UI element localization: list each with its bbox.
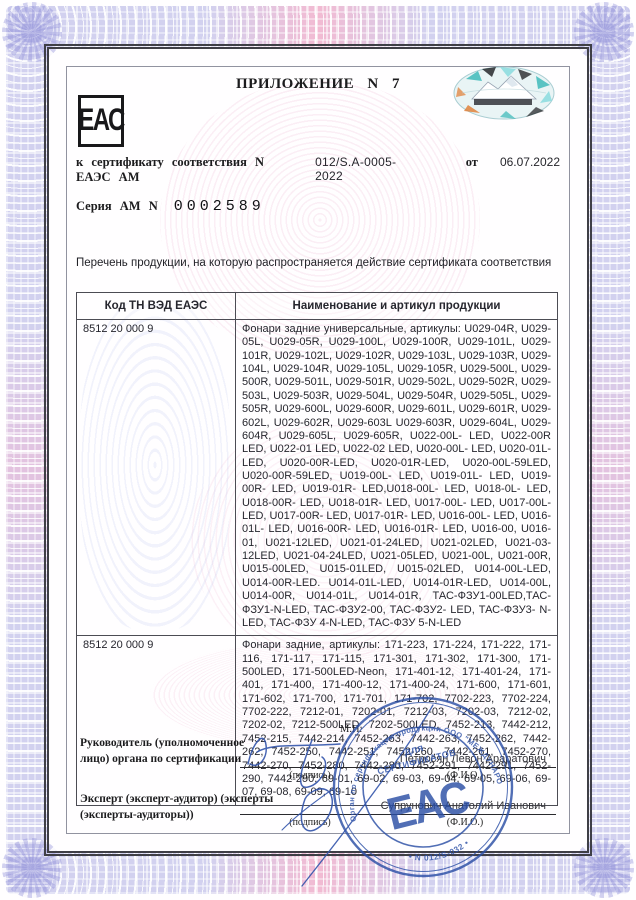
series-number: 0002589: [174, 198, 265, 215]
head-of-body-label: Руководитель (уполномоченное лицо) орган…: [80, 735, 250, 767]
signature-caption: (подпись): [262, 770, 358, 781]
certificate-reference-label: к сертификату соответствия N ЕАЭС АМ: [76, 155, 301, 185]
column-header-product: Наименование и артикул продукции: [236, 293, 558, 320]
products-table: Код ТН ВЭД ЕАЭС Наименование и артикул п…: [76, 292, 558, 806]
hologram-emblem-ararat: [452, 65, 556, 121]
guilloche-border-left: [6, 6, 48, 894]
guilloche-border-bottom: [6, 852, 630, 894]
head-signature-line: Петросян Левон Араратович: [240, 741, 556, 768]
masthead: ЕАС: [76, 95, 560, 149]
series-line: Серия АМ N 0002589: [76, 198, 560, 215]
from-label: от: [466, 155, 478, 170]
guilloche-border-top: [6, 6, 630, 48]
table-row: 8512 20 000 9 Фонари задние универсальны…: [77, 320, 558, 636]
certificate-number: 012/S.A-0005-2022: [315, 155, 410, 183]
fio-caption: (Ф.И.О.): [410, 817, 520, 828]
head-full-name: Петросян Левон Араратович: [400, 753, 546, 765]
certificate-date: 06.07.2022: [500, 155, 560, 169]
expert-full-name: Супрунович Анатолий Иванович: [381, 800, 546, 812]
table-header-row: Код ТН ВЭД ЕАЭС Наименование и артикул п…: [77, 293, 558, 320]
mp-stamp-place-label: М.П.: [340, 724, 362, 735]
product-list-intro: Перечень продукции, на которую распростр…: [76, 257, 560, 269]
certificate-appendix-page: ПРИЛОЖЕНИЕ N 7 ЕАС: [0, 0, 636, 900]
certificate-reference-line: к сертификату соответствия N ЕАЭС АМ 012…: [76, 155, 560, 185]
product-description: Фонари задние универсальные, артикулы: U…: [236, 320, 558, 636]
fio-caption: (Ф.И.О.): [410, 770, 520, 781]
guilloche-border-right: [588, 6, 630, 894]
column-header-code: Код ТН ВЭД ЕАЭС: [77, 293, 236, 320]
eac-mark-logo: ЕАС: [78, 95, 124, 147]
series-label: Серия АМ N: [76, 199, 158, 214]
document-content: ПРИЛОЖЕНИЕ N 7 ЕАС: [70, 70, 566, 830]
tnved-code: 8512 20 000 9: [77, 320, 236, 636]
signature-caption: (подпись): [262, 817, 358, 828]
expert-signature-line: Супрунович Анатолий Иванович: [240, 788, 556, 815]
tnved-code: 8512 20 000 9: [77, 636, 236, 805]
eac-mark-letters: ЕАС: [78, 103, 124, 140]
